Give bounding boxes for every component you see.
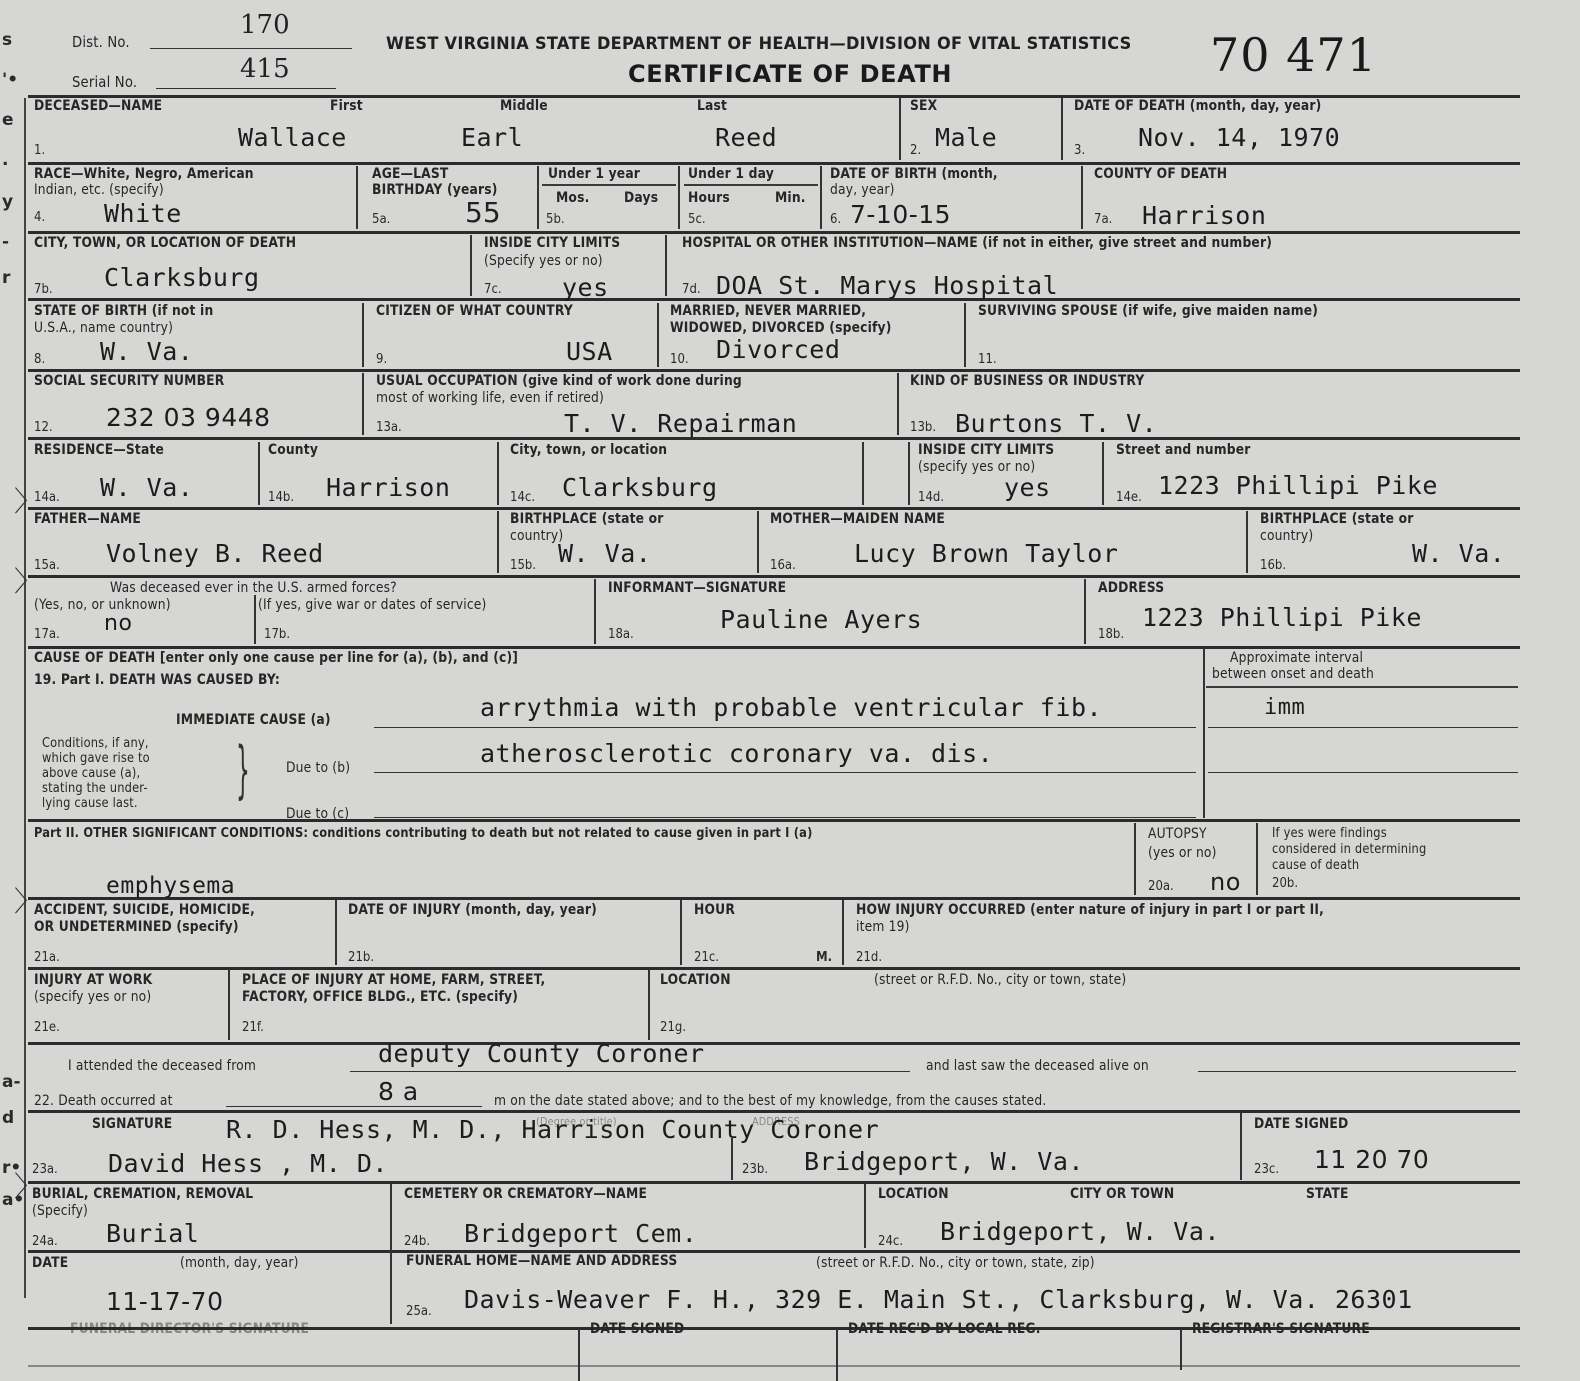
date-of-birth-value: 7-10-15 [850,201,951,229]
divider [497,511,499,573]
signature-typed-value: R. D. Hess, M. D., Harrison County Coron… [226,1116,879,1144]
conditions-note: above cause (a), [42,766,140,781]
place-of-injury-label: PLACE OF INJURY AT HOME, FARM, STREET, [242,972,545,988]
margin-fragment: '• [2,70,18,90]
rule [28,646,1520,649]
age-label: AGE—LAST [372,166,448,182]
divider [258,442,260,505]
city-of-death-value: Clarksburg [104,264,260,292]
interval-label: Approximate interval [1230,650,1363,666]
date-of-death-label: DATE OF DEATH (month, day, year) [1074,98,1321,114]
margin-fragment: . [2,150,8,170]
agency-name: WEST VIRGINIA STATE DEPARTMENT OF HEALTH… [386,34,1132,54]
dist-no-label: Dist. No. [72,34,130,50]
item-number: 17a. [34,627,60,642]
item-number: 16a. [770,558,796,573]
burial-location-label: LOCATION [878,1186,949,1202]
divider [899,98,901,160]
item-number: 23a. [32,1162,58,1177]
divider [228,970,230,1040]
burial-date-value: 11-17-70 [106,1288,223,1316]
divider [842,900,844,965]
inside-city-limits-label-sub: (Specify yes or no) [484,253,603,269]
margin-fragment: a- [2,1072,21,1092]
item-number: 21f. [242,1020,264,1035]
signature-value: David Hess , M. D. [108,1150,388,1178]
item-number: 13a. [376,420,402,435]
autopsy-label-sub: (yes or no) [1148,845,1217,861]
armed-forces-label: (Yes, no, or unknown) [34,597,171,613]
burial-date-sub: (month, day, year) [180,1255,299,1271]
item-number: 21e. [34,1020,60,1035]
funeral-home-sub: (street or R.F.D. No., city or town, sta… [816,1255,1095,1271]
surviving-spouse-label: SURVIVING SPOUSE (if wife, give maiden n… [978,303,1318,319]
divider [864,1184,866,1248]
rule [684,184,818,186]
rule [1206,686,1518,688]
residence-inside-limits-label: INSIDE CITY LIMITS [918,442,1054,458]
divider [648,970,650,1040]
inside-city-limits-label: INSIDE CITY LIMITS [484,235,620,251]
date-signed-label: DATE SIGNED [1254,1116,1348,1132]
autopsy-value: no [1210,868,1241,896]
divider [1081,166,1083,229]
divider [356,166,358,229]
residence-state-value: W. Va. [100,474,193,502]
margin-fragment: r [2,268,10,288]
divider [657,303,659,367]
divider [1061,98,1063,160]
item-number: 1. [34,143,45,158]
date-of-birth-label-sub: day, year) [830,182,895,198]
item-number: 14c. [510,490,535,505]
residence-state-label: RESIDENCE—State [34,442,164,458]
hospital-label: HOSPITAL OR OTHER INSTITUTION—NAME (if n… [682,235,1272,251]
conditions-note: Conditions, if any, [42,736,149,751]
divider [335,900,337,965]
armed-forces-question: Was deceased ever in the U.S. armed forc… [110,580,397,596]
divider [362,373,364,435]
father-name-value: Volney B. Reed [106,540,324,568]
death-occurred-time: 8 a [378,1078,419,1106]
how-injury-occurred-label: HOW INJURY OCCURRED (enter nature of inj… [856,902,1324,918]
rule [28,575,1520,578]
divider [254,595,256,644]
injury-location-label: LOCATION [660,972,731,988]
divider [1256,823,1258,895]
item-number: 14b. [268,490,294,505]
answer-line [350,1071,910,1072]
item-number: 25a. [406,1304,432,1319]
father-birthplace-value: W. Va. [558,540,651,568]
item-number: 2. [910,143,921,158]
divider [497,442,499,505]
answer-line [374,727,1196,728]
item-number: 14a. [34,490,60,505]
item-number: 17b. [264,627,290,642]
item-number: 9. [376,352,387,367]
part-two-label: Part II. OTHER SIGNIFICANT CONDITIONS: c… [34,826,812,842]
divider [757,511,759,573]
under-day-label: Under 1 day [688,166,774,182]
mother-name-value: Lucy Brown Taylor [854,540,1118,568]
divider [1084,579,1086,644]
sex-value: Male [935,124,997,152]
certifier-address-value: Bridgeport, W. Va. [804,1148,1084,1176]
rule [28,1181,1520,1184]
signature-label: SIGNATURE [92,1116,172,1132]
date-of-birth-label: DATE OF BIRTH (month, [830,166,998,182]
rule [28,967,1520,970]
item-number: 15a. [34,558,60,573]
item-number: 20a. [1148,879,1174,894]
residence-county-value: Harrison [326,474,450,502]
answer-line [1198,1071,1516,1072]
sex-label: SEX [910,98,937,114]
rule [28,897,1520,900]
margin-fragment: y [2,192,13,212]
item-number: 18a. [608,627,634,642]
serial-no-label: Serial No. [72,74,137,90]
residence-inside-limits-value: yes [1004,474,1051,502]
citizen-label: CITIZEN OF WHAT COUNTRY [376,303,573,319]
divider [836,1330,838,1381]
mother-name-label: MOTHER—MAIDEN NAME [770,511,945,527]
hours-label: Hours [688,190,730,206]
informant-value: Pauline Ayers [720,606,922,634]
divider [594,579,596,644]
occupation-label: USUAL OCCUPATION (give kind of work done… [376,373,742,389]
divider [1134,823,1136,895]
item-number: 24c. [878,1234,903,1249]
hospital-value: DOA St. Marys Hospital [716,272,1058,300]
burial-city-label: CITY OR TOWN [1070,1186,1174,1202]
last-name-value: Reed [715,124,777,152]
date-of-death-value: Nov. 14, 1970 [1138,124,1340,152]
serial-no-line [156,88,336,89]
citizen-value: USA [566,338,613,366]
date-received-label: DATE REC'D BY LOCAL REG. [848,1321,1041,1337]
first-name-label: First [330,98,363,114]
divider [578,1330,580,1381]
disposition-label-sub: (Specify) [32,1203,88,1219]
conditions-note: lying cause last. [42,796,138,811]
rule [28,819,1520,822]
marital-status-label-sub: WIDOWED, DIVORCED (specify) [670,320,892,336]
serial-no-value: 415 [240,54,290,84]
item-number: 3. [1074,143,1085,158]
cemetery-value: Bridgeport Cem. [464,1220,697,1248]
informant-label: INFORMANT—SIGNATURE [608,580,786,596]
attended-label: I attended the deceased from [68,1058,256,1074]
item-number: 23c. [1254,1162,1279,1177]
margin-fragment: s [2,30,12,50]
divider [680,900,682,965]
funeral-home-value: Davis-Weaver F. H., 329 E. Main St., Cla… [464,1286,1413,1314]
first-name-value: Wallace [238,124,347,152]
findings-label-sub: cause of death [1272,858,1359,873]
residence-street-label: Street and number [1116,442,1251,458]
occupation-value: T. V. Repairman [564,410,797,438]
item-number: 10. [670,352,689,367]
certificate-number: 70 471 [1210,28,1377,82]
race-label: RACE—White, Negro, American [34,166,254,182]
age-value: 55 [465,196,501,229]
divider [1180,1330,1182,1370]
conditions-note: which gave rise to [42,751,150,766]
margin-fragment: d [2,1108,14,1128]
divider [537,166,539,229]
rule [28,1110,1520,1113]
item-number: 24a. [32,1234,58,1249]
divider [897,373,899,435]
dist-no-line [150,48,352,49]
due-to-b-value: atherosclerotic coronary va. dis. [480,740,993,768]
middle-name-value: Earl [461,124,523,152]
divider [1246,511,1248,573]
place-of-injury-label-sub: FACTORY, OFFICE BLDG., ETC. (specify) [242,989,518,1005]
divider [908,442,910,505]
occupation-label-sub: most of working life, even if retired) [376,390,604,406]
attended-value: deputy County Coroner [378,1040,705,1068]
item-number: 21a. [34,950,60,965]
mother-birthplace-label-sub: country) [1260,528,1313,544]
answer-line [1208,772,1518,773]
divider [1203,648,1205,818]
item-number: 4. [34,210,45,225]
item-number: 7d. [682,282,701,297]
rule [28,231,1520,234]
divider [820,166,822,229]
answer-line [374,772,1196,773]
state-of-birth-label-sub: U.S.A., name country) [34,320,173,336]
race-value: White [104,200,182,228]
immediate-cause-value: arrythmia with probable ventricular fib. [480,694,1102,722]
injury-at-work-label: INJURY AT WORK [34,972,152,988]
item-number: 5b. [546,212,565,227]
residence-county-label: County [268,442,318,458]
item-number: 6. [830,212,841,227]
rule [28,507,1520,510]
manner-of-death-label: ACCIDENT, SUICIDE, HOMICIDE, [34,902,255,918]
divider [665,235,667,296]
residence-city-value: Clarksburg [562,474,718,502]
certificate-title: CERTIFICATE OF DEATH [628,60,952,88]
middle-name-label: Middle [500,98,548,114]
cause-of-death-header: CAUSE OF DEATH [enter only one cause per… [34,650,518,666]
hour-label: HOUR [694,902,735,918]
item-number: 23b. [742,1162,768,1177]
immediate-interval-value: imm [1264,694,1305,722]
divider [678,166,680,229]
state-of-birth-label: STATE OF BIRTH (if not in [34,303,213,319]
months-label: Mos. [556,190,589,206]
footer-date-signed-label: DATE SIGNED [590,1321,684,1337]
divider [1240,1112,1242,1180]
brace-icon: } [236,730,250,810]
ssn-label: SOCIAL SECURITY NUMBER [34,373,224,389]
item-number: 8. [34,352,45,367]
mother-birthplace-label: BIRTHPLACE (state or [1260,511,1414,527]
father-birthplace-label-sub: country) [510,528,563,544]
rule [28,1365,1520,1367]
interval-label-sub: between onset and death [1212,666,1374,682]
immediate-cause-label: IMMEDIATE CAUSE (a) [176,712,331,728]
item-number: 14d. [918,490,944,505]
item-number: 7b. [34,282,53,297]
item-number: 5a. [372,212,390,227]
margin-fragment: - [2,232,9,252]
part-two-value: emphysema [106,872,235,900]
due-to-b-label: Due to (b) [286,760,350,776]
county-of-death-value: Harrison [1142,202,1266,230]
item-number: 21c. [694,950,719,965]
disposition-value: Burial [106,1220,199,1248]
item-number: 14e. [1116,490,1142,505]
death-occurred-label: 22. Death occurred at [34,1093,173,1109]
item-number: 18b. [1098,627,1124,642]
state-of-birth-value: W. Va. [100,338,193,366]
item-number: 5c. [688,212,706,227]
item-number: 21g. [660,1020,686,1035]
conditions-note: stating the under- [42,781,148,796]
item-number: 15b. [510,558,536,573]
marital-status-label: MARRIED, NEVER MARRIED, [670,303,866,319]
dist-no-value: 170 [240,10,290,40]
burial-location-value: Bridgeport, W. Va. [940,1218,1220,1246]
ssn-value: 232 03 9448 [106,404,271,432]
county-of-death-label: COUNTY OF DEATH [1094,166,1227,182]
residence-street-value: 1223 Phillipi Pike [1158,472,1438,500]
last-name-label: Last [697,98,727,114]
business-value: Burtons T. V. [955,410,1157,438]
item-number: 24b. [404,1234,430,1249]
injury-location-sub: (street or R.F.D. No., city or town, sta… [874,972,1126,988]
death-occurred-statement: m on the date stated above; and to the b… [494,1093,1046,1109]
days-label: Days [624,190,658,206]
divider [964,303,966,367]
mother-birthplace-value: W. Va. [1412,540,1505,568]
burial-state-label: STATE [1306,1186,1349,1202]
left-border [24,98,26,1298]
autopsy-label: AUTOPSY [1148,826,1207,842]
findings-label-sub: considered in determining [1272,842,1426,857]
residence-city-label: City, town, or location [510,442,667,458]
divider [390,1184,392,1324]
informant-address-value: 1223 Phillipi Pike [1142,604,1422,632]
margin-fragment: e [2,110,14,130]
divider [862,442,864,505]
service-label: (If yes, give war or dates of service) [258,597,487,613]
race-label-sub: Indian, etc. (specify) [34,182,164,198]
informant-address-label: ADDRESS [1098,580,1164,596]
rule [28,1250,1520,1253]
minutes-label: Min. [775,190,806,206]
answer-line [374,817,1196,818]
date-signed-value: 11 20 70 [1314,1146,1429,1174]
answer-line [226,1106,482,1107]
armed-forces-value: no [104,610,132,638]
rule [28,162,1520,165]
how-injury-occurred-label-sub: item 19) [856,919,910,935]
divider [731,1138,733,1180]
registrar-signature-label: REGISTRAR'S SIGNATURE [1192,1321,1370,1337]
item-number: 7c. [484,282,502,297]
father-birthplace-label: BIRTHPLACE (state or [510,511,664,527]
item-number: 7a. [1094,212,1112,227]
manner-of-death-label-sub: OR UNDETERMINED (specify) [34,919,239,935]
divider [470,235,472,296]
city-of-death-label: CITY, TOWN, OR LOCATION OF DEATH [34,235,296,251]
item-number: 21d. [856,950,882,965]
under-year-label: Under 1 year [548,166,640,182]
funeral-home-label: FUNERAL HOME—NAME AND ADDRESS [406,1253,677,1269]
inside-city-limits-value: yes [562,274,609,302]
divider [1102,442,1104,505]
rule [28,1042,1520,1045]
burial-date-label: DATE [32,1255,68,1271]
item-number: 11. [978,352,997,367]
divider [362,303,364,367]
item-number: 16b. [1260,558,1286,573]
injury-at-work-label-sub: (specify yes or no) [34,989,151,1005]
marital-status-value: Divorced [716,336,840,364]
findings-label: If yes were findings [1272,826,1387,841]
item-number: 12. [34,420,53,435]
director-signature-label: FUNERAL DIRECTOR'S SIGNATURE [70,1321,309,1337]
answer-line [1208,727,1518,728]
item-number: 13b. [910,420,936,435]
date-of-injury-label: DATE OF INJURY (month, day, year) [348,902,597,918]
cemetery-label: CEMETERY OR CREMATORY—NAME [404,1186,647,1202]
part-one-label: 19. Part I. DEATH WAS CAUSED BY: [34,672,280,688]
deceased-name-label: DECEASED—NAME [34,98,162,114]
last-saw-label: and last saw the deceased alive on [926,1058,1149,1074]
father-name-label: FATHER—NAME [34,511,141,527]
rule [542,184,676,186]
death-certificate: s '• e . y - r a- d r• a• Dist. No. 170 … [0,0,1580,1381]
item-number: 20b. [1272,876,1298,891]
item-number: 21b. [348,950,374,965]
due-to-c-label: Due to (c) [286,806,349,822]
disposition-label: BURIAL, CREMATION, REMOVAL [32,1186,253,1202]
business-label: KIND OF BUSINESS OR INDUSTRY [910,373,1145,389]
hour-meridiem: M. [816,950,832,965]
rule [28,369,1520,372]
